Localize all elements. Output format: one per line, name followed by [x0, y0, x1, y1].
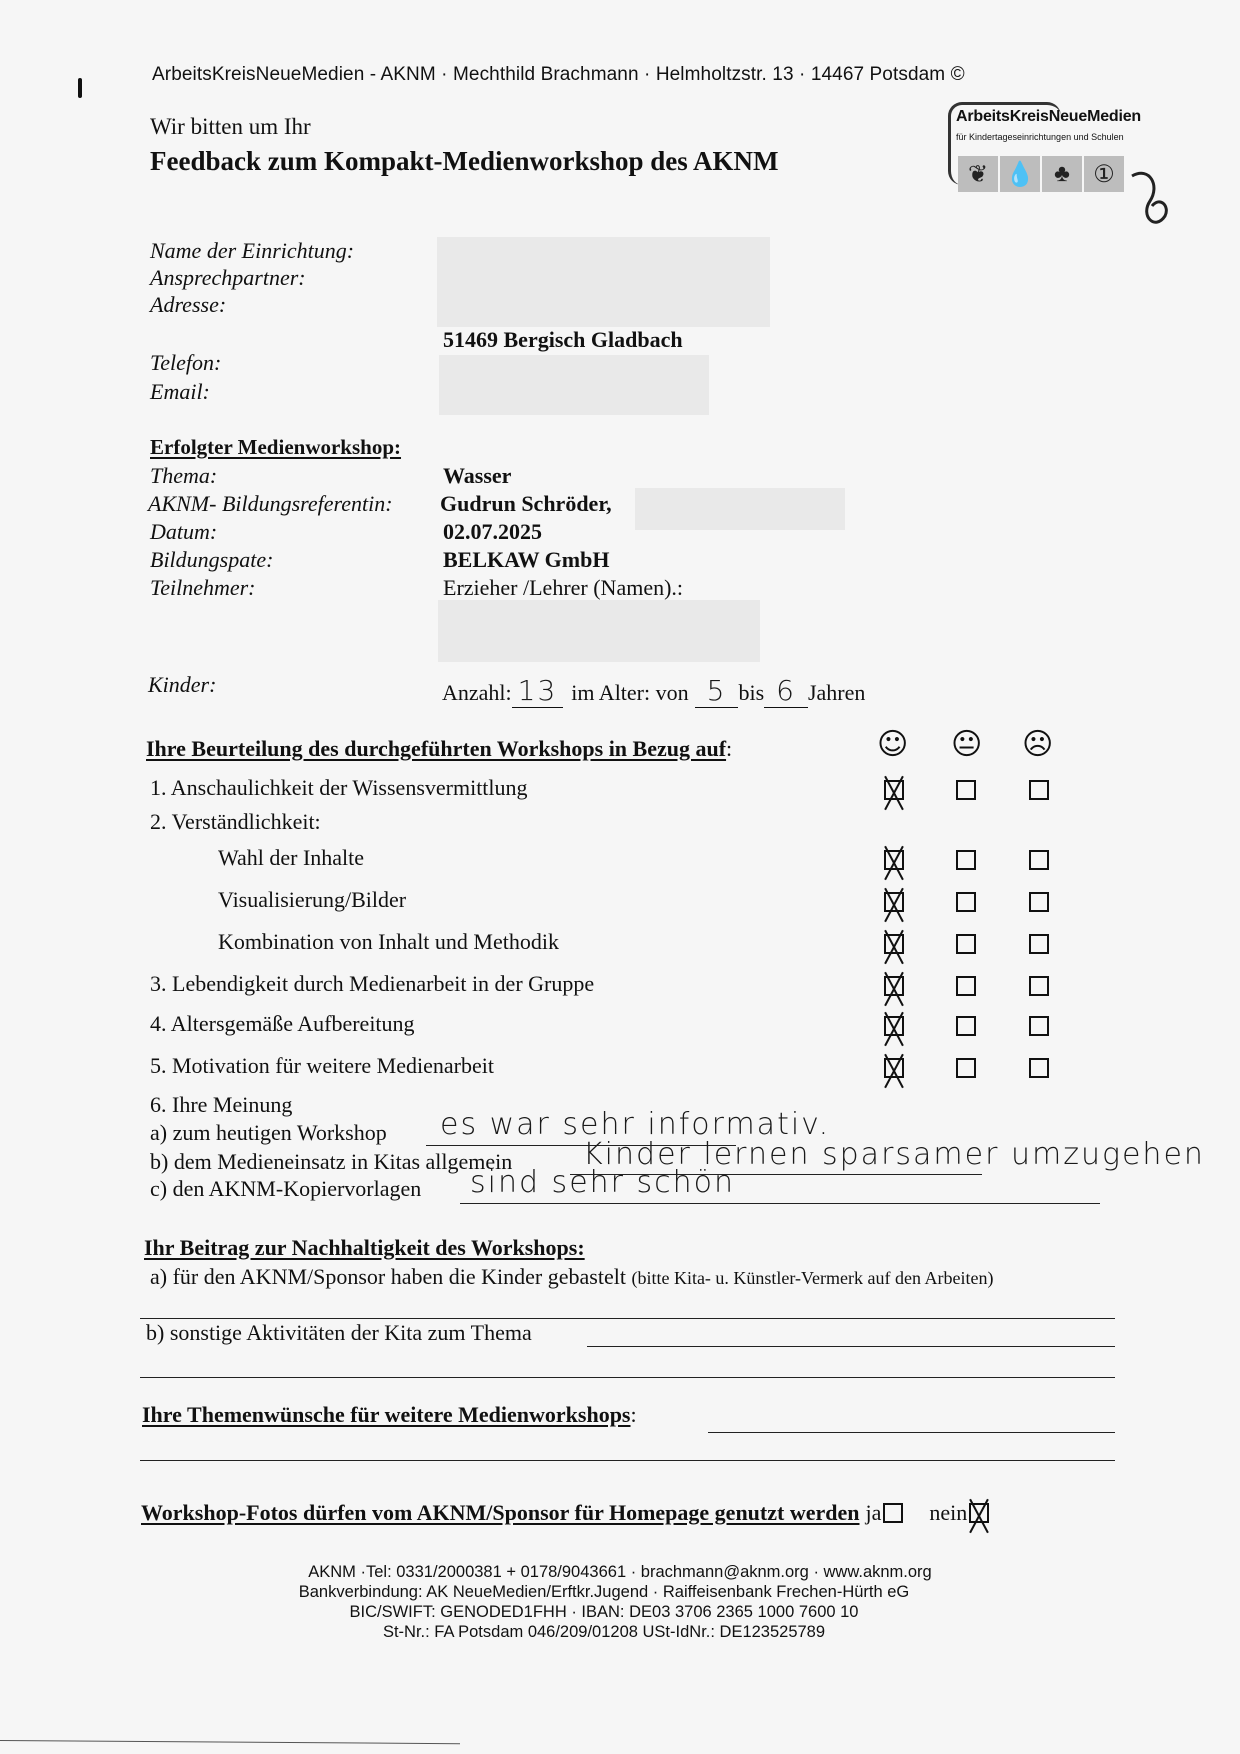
rating-checkbox-bad[interactable] [1029, 1016, 1049, 1036]
aknm-logo: ArbeitsKreisNeueMedien für Kindertagesei… [940, 96, 1160, 236]
happy-face-icon: ☺ [877, 730, 908, 760]
address-city: 51469 Bergisch Gladbach [443, 327, 683, 353]
opinion-c-line [460, 1203, 1100, 1204]
wishes-heading: Ihre Themenwünsche für weitere Medienwor… [142, 1402, 631, 1427]
rating-item-label: 3. Lebendigkeit durch Medienarbeit in de… [150, 971, 594, 997]
rating-checkbox-neutral[interactable] [956, 976, 976, 996]
rating-checkbox-good[interactable] [884, 892, 904, 912]
intro-text: Wir bitten um Ihr [150, 114, 311, 140]
sustainability-b-label: b) sonstige Aktivitäten der Kita zum The… [146, 1320, 532, 1346]
children-age-to-field[interactable]: 6 [764, 674, 808, 708]
rating-item-label: 5. Motivation für weitere Medienarbeit [150, 1053, 494, 1079]
workshop-topic: Wasser [443, 463, 511, 489]
rating-item-label: Visualisierung/Bilder [218, 887, 406, 913]
rating-checkbox-neutral[interactable] [956, 892, 976, 912]
wishes-field[interactable] [708, 1432, 1115, 1433]
children-age-label: im Alter: von [571, 680, 688, 706]
children-age-unit: Jahren [808, 680, 865, 706]
workshop-date: 02.07.2025 [443, 519, 542, 545]
neutral-face-icon: 😐 [951, 730, 982, 760]
sustainability-a-label: a) für den AKNM/Sponsor haben die Kinder… [150, 1264, 626, 1289]
letterhead: ArbeitsKreisNeueMedien - AKNM · Mechthil… [152, 64, 965, 86]
scan-mark [78, 78, 82, 98]
rating-checkbox-bad[interactable] [1029, 892, 1049, 912]
bottom-fold-line [0, 1740, 460, 1744]
footer-contact: AKNM ·Tel: 0331/2000381 + 0178/9043661 ·… [0, 1562, 1240, 1582]
children-age-from-field[interactable]: 5 [695, 674, 739, 708]
workshop-sponsor: BELKAW GmbH [443, 547, 609, 573]
workshop-trainer: Gudrun Schröder, [440, 491, 612, 517]
redacted-contact-details [439, 355, 709, 415]
children-age-to-label: bis [738, 680, 764, 706]
redacted-institution [437, 237, 770, 327]
opinion-c-label: c) den AKNM-Kopiervorlagen [150, 1176, 421, 1202]
redacted-participants [438, 600, 760, 662]
label-trainer: AKNM- Bildungsreferentin: [148, 491, 393, 517]
logo-swirl-icon [1130, 156, 1170, 236]
rating-item-label: Wahl der Inhalte [218, 845, 364, 871]
label-topic: Thema: [150, 463, 217, 489]
logo-title: ArbeitsKreisNeueMedien [956, 108, 1141, 126]
rating-item-label: Kombination von Inhalt und Methodik [218, 929, 559, 955]
opinion-a-label: a) zum heutigen Workshop [150, 1120, 387, 1146]
label-institution-name: Name der Einrichtung: [150, 238, 354, 264]
rating-checkbox-good[interactable] [884, 850, 904, 870]
tree-icon: ♣ [1042, 156, 1082, 192]
opinion-heading: 6. Ihre Meinung [150, 1092, 292, 1118]
rating-item-label: 1. Anschaulichkeit der Wissensvermittlun… [150, 775, 528, 801]
energy-icon: ① [1084, 156, 1124, 192]
footer-iban: BIC/SWIFT: GENODED1FHH · IBAN: DE03 3706… [0, 1602, 1224, 1622]
opinion-c-field[interactable]: sind sehr schön [470, 1165, 735, 1200]
rating-checkbox-neutral[interactable] [956, 934, 976, 954]
sustainability-a-note: (bitte Kita- u. Künstler-Vermerk auf den… [631, 1268, 993, 1288]
photos-no-checkbox[interactable] [969, 1503, 989, 1523]
footer-bank: Bankverbindung: AK NeueMedien/Erftkr.Jug… [0, 1582, 1224, 1602]
sustainability-b-field[interactable] [587, 1346, 1115, 1347]
water-drop-icon: 💧 [1000, 156, 1040, 192]
photos-yes-checkbox[interactable] [883, 1503, 903, 1523]
rating-heading: Ihre Beurteilung des durchgeführten Work… [146, 736, 726, 761]
sustainability-a-row: a) für den AKNM/Sponsor haben die Kinder… [150, 1264, 993, 1290]
rating-checkbox-good[interactable] [884, 934, 904, 954]
children-count-label: Anzahl: [442, 680, 512, 706]
rating-heading-row: Ihre Beurteilung des durchgeführten Work… [146, 736, 732, 762]
rating-item-label: 4. Altersgemäße Aufbereitung [150, 1011, 415, 1037]
rating-checkbox-bad[interactable] [1029, 934, 1049, 954]
label-date: Datum: [150, 519, 217, 545]
rating-checkbox-bad[interactable] [1029, 850, 1049, 870]
footer-tax: St-Nr.: FA Potsdam 046/209/01208 USt-IdN… [0, 1622, 1224, 1642]
rating-checkbox-neutral[interactable] [956, 850, 976, 870]
rating-checkbox-neutral[interactable] [956, 1016, 976, 1036]
rating-checkbox-bad[interactable] [1029, 780, 1049, 800]
rating-checkbox-neutral[interactable] [956, 780, 976, 800]
label-contact: Ansprechpartner: [150, 265, 306, 291]
rating-item-label: 2. Verständlichkeit: [150, 809, 321, 835]
logo-subtitle: für Kindertageseinrichtungen und Schulen [956, 132, 1124, 142]
photos-consent-row: Workshop-Fotos dürfen vom AKNM/Sponsor f… [141, 1500, 989, 1526]
workshop-heading: Erfolgter Medienworkshop: [150, 435, 401, 460]
rating-checkbox-good[interactable] [884, 1058, 904, 1078]
label-sponsor: Bildungspate: [150, 547, 273, 573]
wishes-field-line2[interactable] [140, 1460, 1115, 1461]
redacted-trainer [635, 488, 845, 530]
rating-checkbox-good[interactable] [884, 780, 904, 800]
photos-yes-label: ja [865, 1500, 881, 1526]
participants-hint: Erzieher /Lehrer (Namen).: [443, 575, 683, 601]
rating-checkbox-good[interactable] [884, 976, 904, 996]
children-count-field[interactable]: 13 [512, 674, 564, 708]
sustainability-heading: Ihr Beitrag zur Nachhaltigkeit des Works… [144, 1235, 585, 1261]
leaf-icon: ❦ [958, 156, 998, 192]
label-email: Email: [150, 379, 210, 405]
label-phone: Telefon: [150, 350, 221, 376]
rating-checkbox-bad[interactable] [1029, 976, 1049, 996]
label-address: Adresse: [150, 292, 226, 318]
opinion-b-label: b) dem Medieneinsatz in Kitas allgemein [150, 1149, 512, 1175]
photos-question: Workshop-Fotos dürfen vom AKNM/Sponsor f… [141, 1500, 859, 1526]
page-title: Feedback zum Kompakt-Medienworkshop des … [150, 146, 779, 177]
sustainability-a-field[interactable] [140, 1318, 1115, 1319]
rating-checkbox-neutral[interactable] [956, 1058, 976, 1078]
wishes-row: Ihre Themenwünsche für weitere Medienwor… [142, 1402, 637, 1428]
rating-checkbox-bad[interactable] [1029, 1058, 1049, 1078]
children-row: Anzahl: 13 im Alter: von 5 bis 6 Jahren [442, 674, 865, 708]
label-participants: Teilnehmer: [150, 575, 256, 601]
label-children: Kinder: [148, 672, 216, 698]
rating-checkbox-good[interactable] [884, 1016, 904, 1036]
sad-face-icon: ☹ [1022, 730, 1053, 760]
sustainability-b-field-line2[interactable] [140, 1377, 1115, 1378]
photos-no-label: nein [929, 1500, 967, 1526]
